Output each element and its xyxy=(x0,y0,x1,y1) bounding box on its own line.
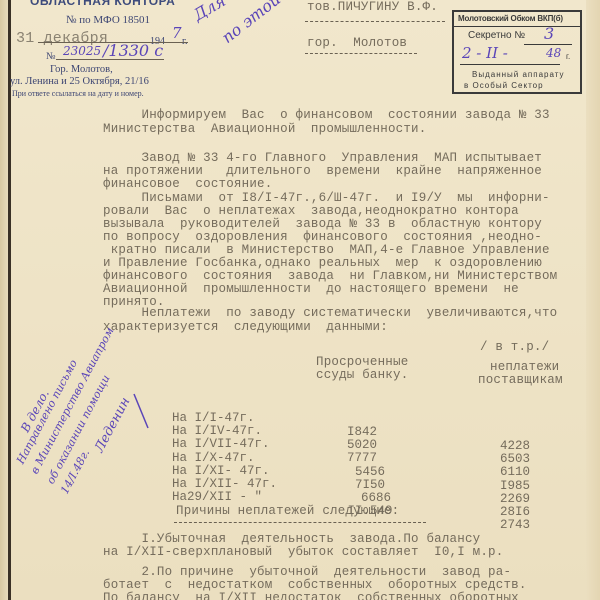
letterhead-number-prefix: № xyxy=(46,51,56,62)
stamp-secret-label: Секретно № xyxy=(468,30,525,41)
stamp-year-suffix: г. xyxy=(566,52,570,61)
letterhead-mfo: № по МФО 18501 xyxy=(66,14,150,26)
addressee-name-underline xyxy=(305,21,445,22)
body-line: Министерства Авиационной промышленности. xyxy=(103,122,426,136)
stamp-year: 48 xyxy=(546,46,561,60)
handwritten-resolution-line1: Для xyxy=(190,0,229,24)
body-line: ботает с недостатком собственных оборотн… xyxy=(103,578,527,592)
addressee-city: гор. Молотов xyxy=(307,36,407,50)
body-line: I.Убыточная деятельность завода.По балан… xyxy=(103,532,480,546)
letterhead-reply-note: При ответе ссылаться на дату и номер. xyxy=(12,89,144,98)
letterhead-org-title: ОБЛАСТНАЯ КОНТОРА xyxy=(30,0,175,8)
column-header-loans-line2: ссуды банку. xyxy=(316,368,408,382)
body-line: на I/XII-сверхплановый убыток составляет… xyxy=(103,545,503,559)
stamp-note-line1: Выданный аппарату xyxy=(472,70,565,79)
row-arrears: 2743 xyxy=(480,518,550,532)
document-page: ОБЛАСТНАЯ КОНТОРА № по МФО 18501 31 дека… xyxy=(0,0,600,600)
stamp-date-underline xyxy=(460,64,560,65)
body-line: на протяжении длительного времени крайне… xyxy=(103,164,542,178)
body-line: по вопросу оздоровления финансового сост… xyxy=(103,230,542,244)
registration-stamp: Молотовский Обком ВКП(б) Секретно № 3 2 … xyxy=(452,10,582,94)
body-line: финансовое состояние. xyxy=(103,177,272,191)
body-line: Письмами от I8/I-47г.,6/Ш-47г. и I9/У мы… xyxy=(103,191,550,205)
stamp-divider xyxy=(454,26,580,27)
body-line: и Правление Госбанка,однако реальных мер… xyxy=(103,256,542,270)
margin-bracket-stroke xyxy=(132,392,152,432)
letterhead-address: ул. Ленина и 25 Октября, 21/16 xyxy=(10,76,149,87)
handwritten-number-extra: /1330 с xyxy=(103,41,163,60)
stamp-number-underline xyxy=(524,44,572,45)
addressee-city-underline xyxy=(305,53,417,54)
stamp-header: Молотовский Обком ВКП(б) xyxy=(458,14,563,23)
body-line: финансового состояния завода ни Главком,… xyxy=(103,269,557,283)
column-header-arrears-line2: поставщикам xyxy=(478,373,563,387)
handwritten-year: 7 xyxy=(172,24,182,42)
body-line: Завод № 33 4-го Главного Управления МАП … xyxy=(103,151,542,165)
stamp-secret-number: 3 xyxy=(544,24,554,43)
body-line: ровали Вас о неплатежах завода,неоднокра… xyxy=(103,204,519,218)
unit-note: / в т.р./ xyxy=(480,340,549,354)
stamp-note-line2: в Особый Сектор xyxy=(464,81,544,90)
reasons-heading: Причины неплатежей следующие: xyxy=(176,504,399,518)
column-header-loans-line1: Просроченные xyxy=(316,355,408,369)
body-line: характеризуется следующими данными: xyxy=(103,320,388,334)
column-header-arrears-line1: неплатежи xyxy=(490,360,559,374)
body-line: 2.По причине убыточной деятельности заво… xyxy=(103,565,511,579)
body-line: Авиационной промышленности до настоящего… xyxy=(103,282,519,296)
body-line: Информируем Вас о финансовом состоянии з… xyxy=(103,108,550,122)
body-line: Неплатежи по заводу систематически увели… xyxy=(103,306,557,320)
stamp-date: 2 - II - xyxy=(462,44,508,62)
addressee-name: тов.ПИЧУГИНУ В.Ф. xyxy=(307,0,438,14)
row-date: На29/XII - " xyxy=(172,490,262,504)
letterhead-city: Гор. Молотов, xyxy=(50,64,113,75)
body-line: По балансу на I/XII недостаток собственн… xyxy=(103,591,519,600)
number-underline xyxy=(56,59,164,60)
reasons-heading-underline xyxy=(174,522,426,523)
handwritten-number: 23025 xyxy=(63,44,101,58)
body-line: кратно писали в Министерство МАП,4-е Гла… xyxy=(103,243,550,257)
body-line: вызывала руководителей завода № 33 в обл… xyxy=(103,217,542,231)
